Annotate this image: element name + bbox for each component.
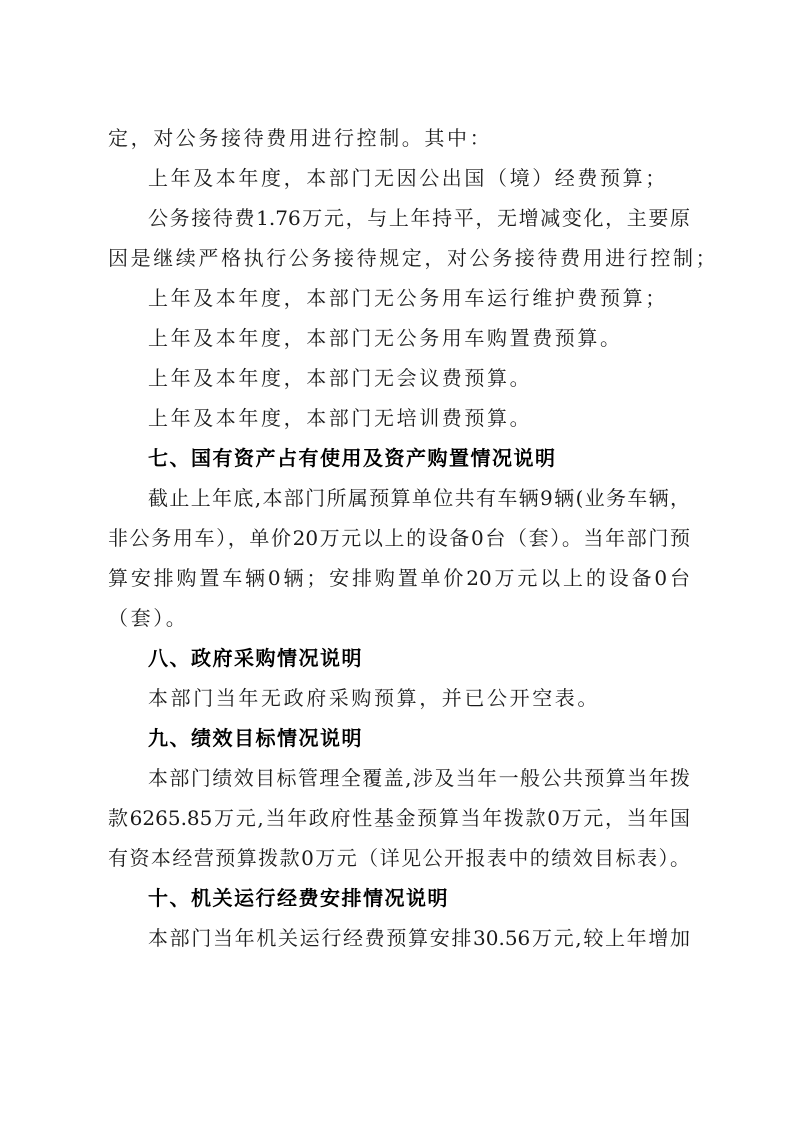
para-line-13: （套）。 (108, 598, 690, 638)
para-line-12: 算安排购置车辆0辆；安排购置单价20万元以上的设备0台 (108, 558, 690, 598)
para-line-7: 上年及本年度，本部门无会议费预算。 (108, 358, 690, 398)
section-heading-8: 八、政府采购情况说明 (108, 638, 690, 678)
para-line-21: 本部门当年机关运行经费预算安排30.56万元,较上年增加 (108, 918, 690, 958)
section-heading-10: 十、机关运行经费安排情况说明 (108, 878, 690, 918)
para-line-11: 非公务用车），单价20万元以上的设备0台（套）。当年部门预 (108, 518, 690, 558)
document-page: 定，对公务接待费用进行控制。其中： 上年及本年度，本部门无因公出国（境）经费预算… (108, 118, 690, 958)
para-line-3: 公务接待费1.76万元，与上年持平，无增减变化，主要原 (108, 198, 690, 238)
para-line-8: 上年及本年度，本部门无培训费预算。 (108, 398, 690, 438)
para-line-18: 款6265.85万元,当年政府性基金预算当年拨款0万元，当年国 (108, 798, 690, 838)
para-line-17: 本部门绩效目标管理全覆盖,涉及当年一般公共预算当年拨 (108, 758, 690, 798)
section-heading-7: 七、国有资产占有使用及资产购置情况说明 (108, 438, 690, 478)
para-line-6: 上年及本年度，本部门无公务用车购置费预算。 (108, 318, 690, 358)
section-heading-9: 九、绩效目标情况说明 (108, 718, 690, 758)
para-line-15: 本部门当年无政府采购预算，并已公开空表。 (108, 678, 690, 718)
para-line-19: 有资本经营预算拨款0万元（详见公开报表中的绩效目标表）。 (108, 838, 690, 878)
para-line-4: 因是继续严格执行公务接待规定，对公务接待费用进行控制； (108, 238, 690, 278)
para-line-5: 上年及本年度，本部门无公务用车运行维护费预算； (108, 278, 690, 318)
para-line-10: 截止上年底,本部门所属预算单位共有车辆9辆(业务车辆， (108, 478, 690, 518)
para-line-1: 定，对公务接待费用进行控制。其中： (108, 118, 690, 158)
para-line-2: 上年及本年度，本部门无因公出国（境）经费预算； (108, 158, 690, 198)
